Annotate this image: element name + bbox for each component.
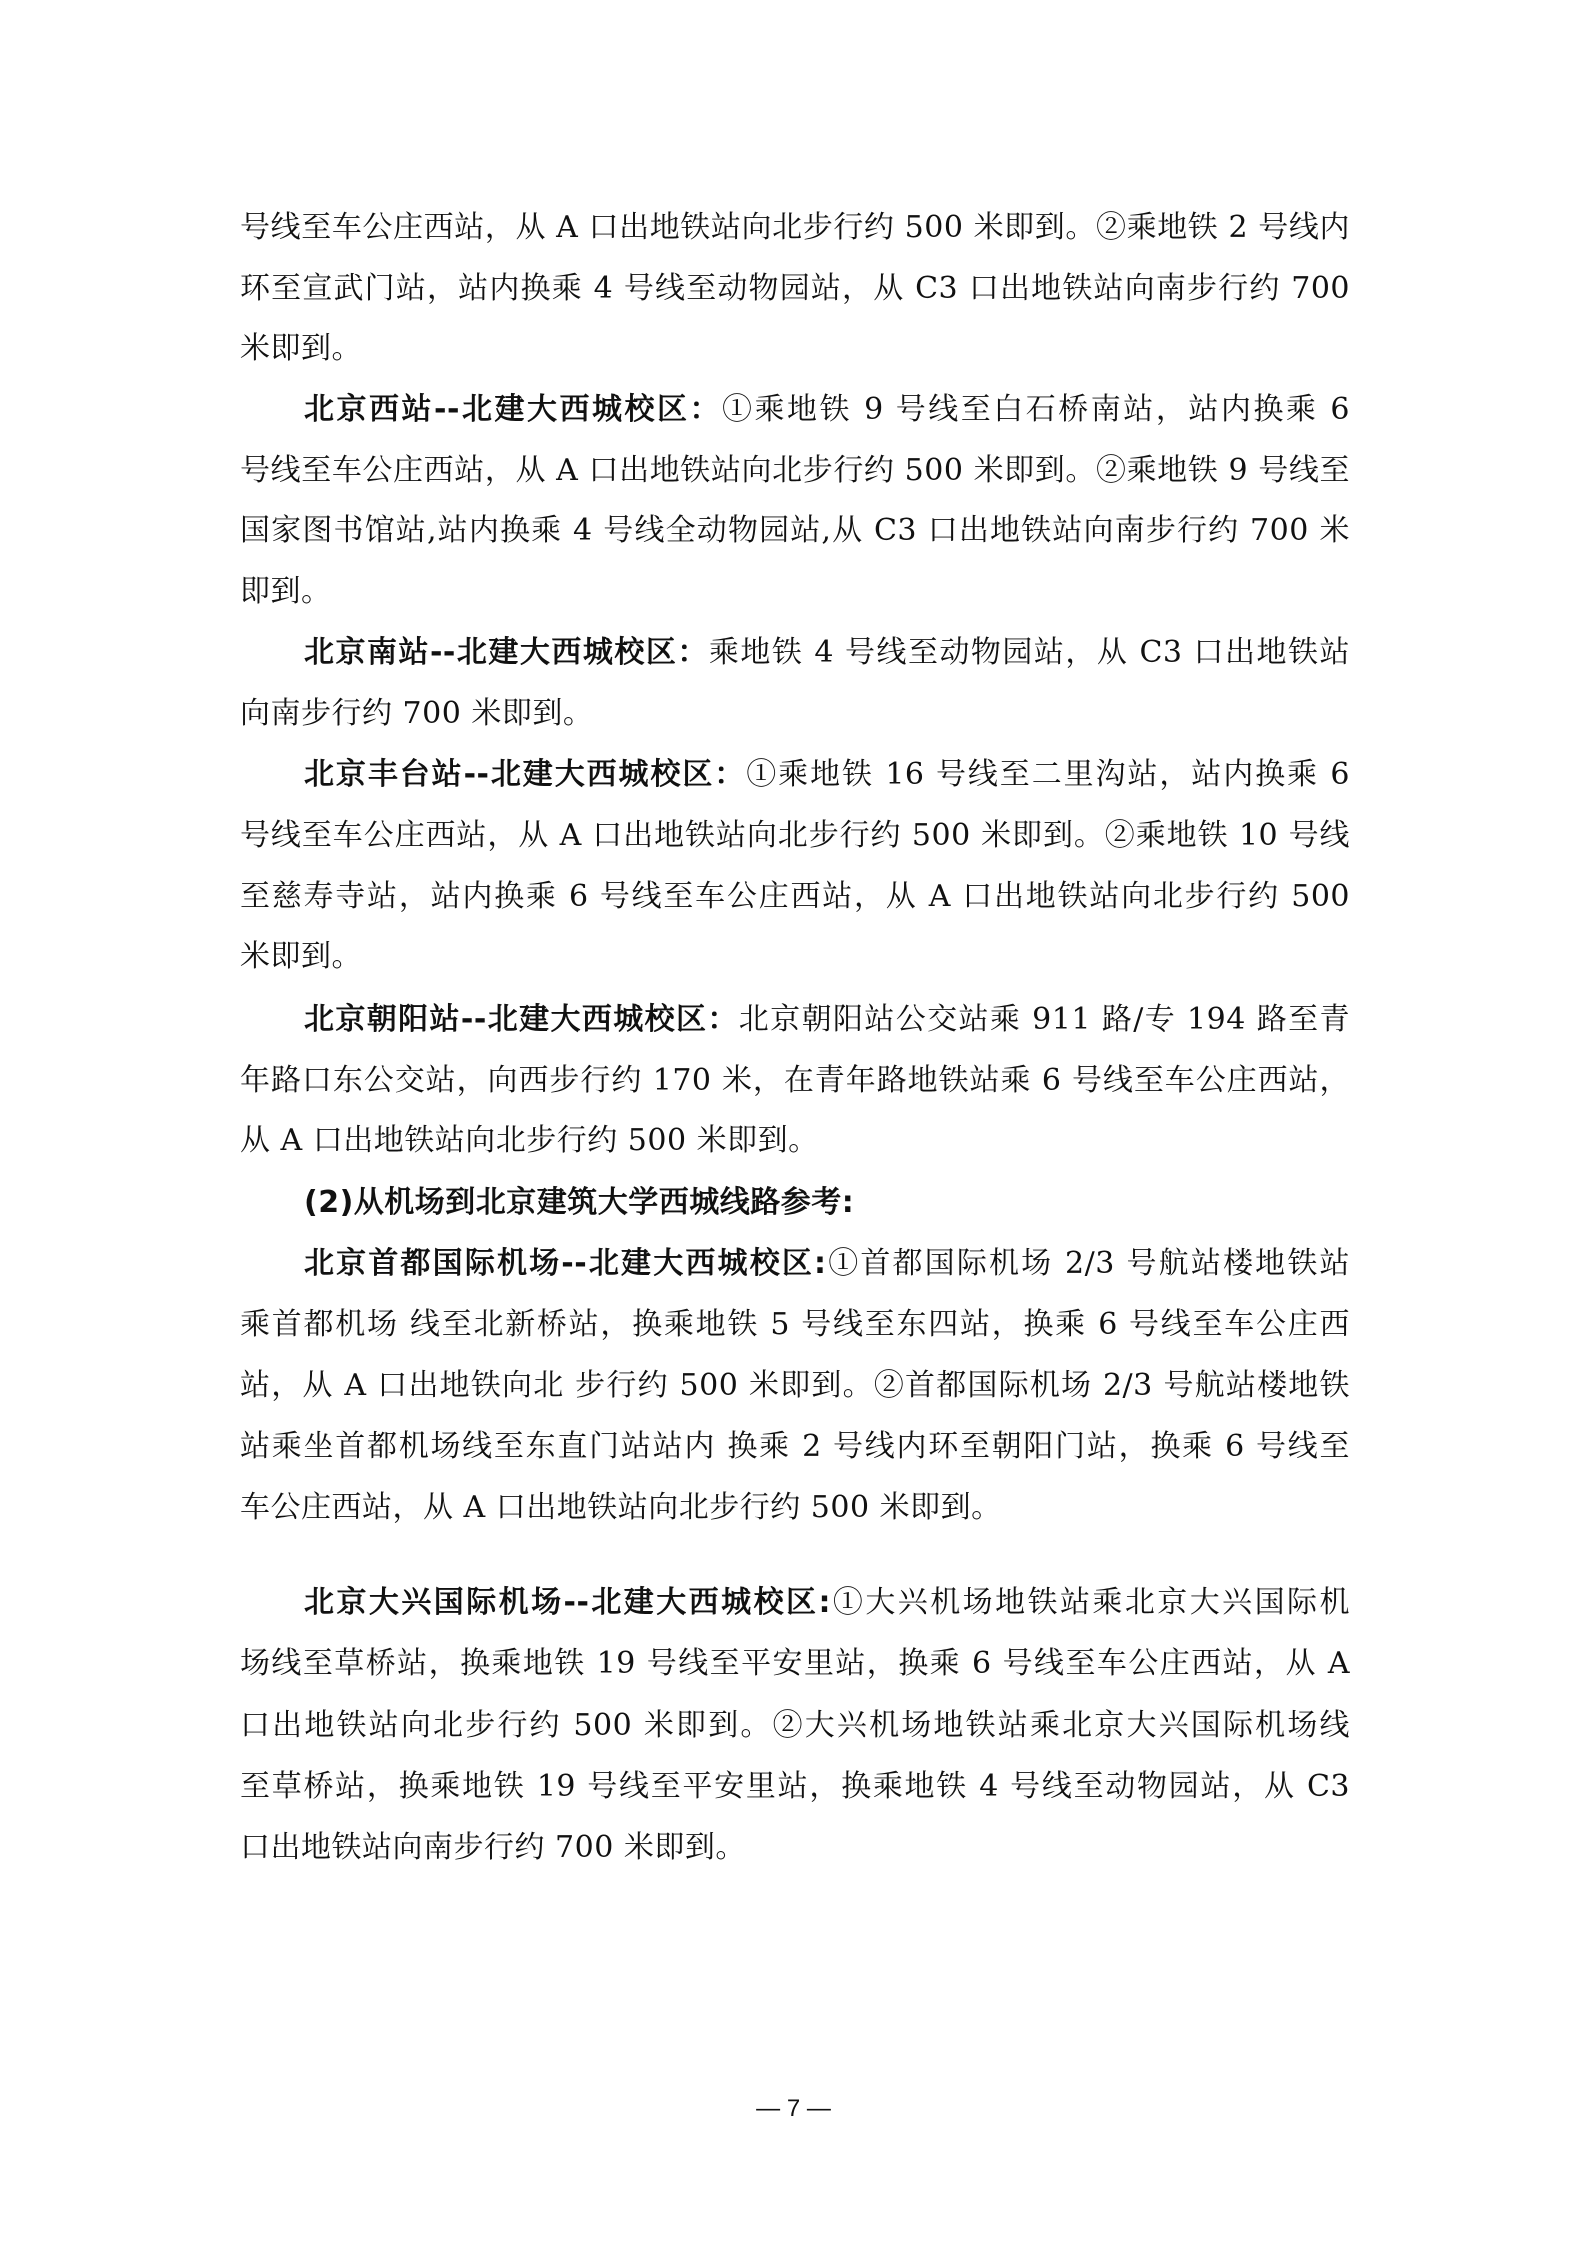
- body-line: 环至宣武门站，站内换乘 4 号线至动物园站，从 C3 口出地铁站向南步行约 70…: [240, 269, 1350, 309]
- body-line: 年路口东公交站，向西步行约 170 米，在青年路地铁站乘 6 号线至车公庄西站，: [240, 1061, 1350, 1101]
- line-text: 从 A 口出地铁站向北步行约 500 米即到。: [240, 1123, 819, 1158]
- line-text: 场线至草桥站，换乘地铁 19 号线至平安里站，换乘 6 号线至车公庄西站，从 A: [240, 1646, 1350, 1681]
- body-line: 乘首都机场 线至北新桥站，换乘地铁 5 号线至东四站，换乘 6 号线至车公庄西: [240, 1305, 1350, 1345]
- line-text: ①乘地铁 16 号线至二里沟站，站内换乘 6: [746, 757, 1350, 792]
- line-text: ①大兴机场地铁站乘北京大兴国际机: [831, 1585, 1350, 1620]
- route-heading: 北京丰台站--北建大西城校区：: [304, 757, 746, 792]
- line-text: 口出地铁站向南步行约 700 米即到。: [240, 1830, 746, 1865]
- line-text: 口出地铁站向北步行约 500 米即到。②大兴机场地铁站乘北京大兴国际机场线: [240, 1708, 1350, 1743]
- body-line: 号线至车公庄西站，从 A 口出地铁站向北步行约 500 米即到。②乘地铁 10 …: [240, 816, 1350, 856]
- line-text: 向南步行约 700 米即到。: [240, 696, 593, 731]
- body-line: 站乘坐首都机场线至东直门站站内 换乘 2 号线内环至朝阳门站，换乘 6 号线至: [240, 1427, 1350, 1467]
- page-number: — 7 —: [0, 2094, 1587, 2124]
- route-paragraph-daxing-airport: 北京大兴国际机场--北建大西城校区:①大兴机场地铁站乘北京大兴国际机: [304, 1583, 1350, 1623]
- line-text: ①乘地铁 9 号线至白石桥南站，站内换乘 6: [722, 392, 1350, 427]
- route-heading: 北京大兴国际机场--北建大西城校区:: [304, 1585, 831, 1620]
- body-line: 至草桥站，换乘地铁 19 号线至平安里站，换乘地铁 4 号线至动物园站，从 C3: [240, 1767, 1350, 1807]
- line-text: 米即到。: [240, 939, 362, 974]
- line-text: 乘地铁 4 号线至动物园站，从 C3 口出地铁站: [709, 635, 1350, 670]
- body-line: 站，从 A 口出地铁向北 步行约 500 米即到。②首都国际机场 2/3 号航站…: [240, 1366, 1350, 1406]
- route-paragraph-beijing-west: 北京西站--北建大西城校区：①乘地铁 9 号线至白石桥南站，站内换乘 6: [304, 390, 1350, 430]
- section-heading: (2)从机场到北京建筑大学西城线路参考:: [304, 1185, 854, 1220]
- route-paragraph-beijing-chaoyang: 北京朝阳站--北建大西城校区：北京朝阳站公交站乘 911 路/专 194 路至青: [304, 1000, 1350, 1040]
- body-line: 至慈寿寺站，站内换乘 6 号线至车公庄西站，从 A 口出地铁站向北步行约 500: [240, 877, 1350, 917]
- line-text: 至慈寿寺站，站内换乘 6 号线至车公庄西站，从 A 口出地铁站向北步行约 500: [240, 879, 1350, 914]
- line-text: 米即到。: [240, 331, 362, 366]
- body-line: 口出地铁站向北步行约 500 米即到。②大兴机场地铁站乘北京大兴国际机场线: [240, 1706, 1350, 1746]
- line-text: 至草桥站，换乘地铁 19 号线至平安里站，换乘地铁 4 号线至动物园站，从 C3: [240, 1769, 1350, 1804]
- route-heading: 北京朝阳站--北建大西城校区：: [304, 1002, 739, 1037]
- body-line: 国家图书馆站,站内换乘 4 号线全动物园站,从 C3 口出地铁站向南步行约 70…: [240, 511, 1350, 551]
- line-text: 站乘坐首都机场线至东直门站站内 换乘 2 号线内环至朝阳门站，换乘 6 号线至: [240, 1429, 1350, 1464]
- section-heading-airport-routes: (2)从机场到北京建筑大学西城线路参考:: [304, 1183, 1350, 1223]
- body-line: 口出地铁站向南步行约 700 米即到。: [240, 1828, 1350, 1868]
- line-text: 乘首都机场 线至北新桥站，换乘地铁 5 号线至东四站，换乘 6 号线至车公庄西: [240, 1307, 1350, 1342]
- body-line: 米即到。: [240, 329, 1350, 369]
- route-paragraph-beijing-fengtai: 北京丰台站--北建大西城校区：①乘地铁 16 号线至二里沟站，站内换乘 6: [304, 755, 1350, 795]
- document-page: 号线至车公庄西站，从 A 口出地铁站向北步行约 500 米即到。②乘地铁 2 号…: [0, 0, 1587, 2245]
- body-line: 向南步行约 700 米即到。: [240, 694, 1350, 734]
- body-line: 号线至车公庄西站，从 A 口出地铁站向北步行约 500 米即到。②乘地铁 2 号…: [240, 208, 1350, 248]
- line-text: 号线至车公庄西站，从 A 口出地铁站向北步行约 500 米即到。②乘地铁 10 …: [240, 818, 1350, 853]
- line-text: 号线至车公庄西站，从 A 口出地铁站向北步行约 500 米即到。②乘地铁 2 号…: [240, 210, 1350, 245]
- body-line: 从 A 口出地铁站向北步行约 500 米即到。: [240, 1121, 1350, 1161]
- line-text: 环至宣武门站，站内换乘 4 号线至动物园站，从 C3 口出地铁站向南步行约 70…: [240, 271, 1350, 306]
- line-text: 北京朝阳站公交站乘 911 路/专 194 路至青: [739, 1002, 1350, 1037]
- route-paragraph-capital-airport: 北京首都国际机场--北建大西城校区:①首都国际机场 2/3 号航站楼地铁站: [304, 1244, 1350, 1284]
- body-line: 场线至草桥站，换乘地铁 19 号线至平安里站，换乘 6 号线至车公庄西站，从 A: [240, 1644, 1350, 1684]
- line-text: ①首都国际机场 2/3 号航站楼地铁站: [827, 1246, 1350, 1281]
- line-text: 国家图书馆站,站内换乘 4 号线全动物园站,从 C3 口出地铁站向南步行约 70…: [240, 513, 1350, 548]
- body-line: 米即到。: [240, 937, 1350, 977]
- body-line: 号线至车公庄西站，从 A 口出地铁站向北步行约 500 米即到。②乘地铁 9 号…: [240, 451, 1350, 491]
- route-heading: 北京南站--北建大西城校区：: [304, 635, 709, 670]
- line-text: 年路口东公交站，向西步行约 170 米，在青年路地铁站乘 6 号线至车公庄西站，: [240, 1063, 1350, 1098]
- line-text: 即到。: [240, 574, 332, 609]
- line-text: 站，从 A 口出地铁向北 步行约 500 米即到。②首都国际机场 2/3 号航站…: [240, 1368, 1350, 1403]
- route-heading: 北京西站--北建大西城校区：: [304, 392, 722, 427]
- route-heading: 北京首都国际机场--北建大西城校区:: [304, 1246, 827, 1281]
- route-paragraph-beijing-south: 北京南站--北建大西城校区：乘地铁 4 号线至动物园站，从 C3 口出地铁站: [304, 633, 1350, 673]
- line-text: 号线至车公庄西站，从 A 口出地铁站向北步行约 500 米即到。②乘地铁 9 号…: [240, 453, 1350, 488]
- body-line: 即到。: [240, 572, 1350, 612]
- body-line: 车公庄西站，从 A 口出地铁站向北步行约 500 米即到。: [240, 1488, 1350, 1528]
- line-text: 车公庄西站，从 A 口出地铁站向北步行约 500 米即到。: [240, 1490, 1002, 1525]
